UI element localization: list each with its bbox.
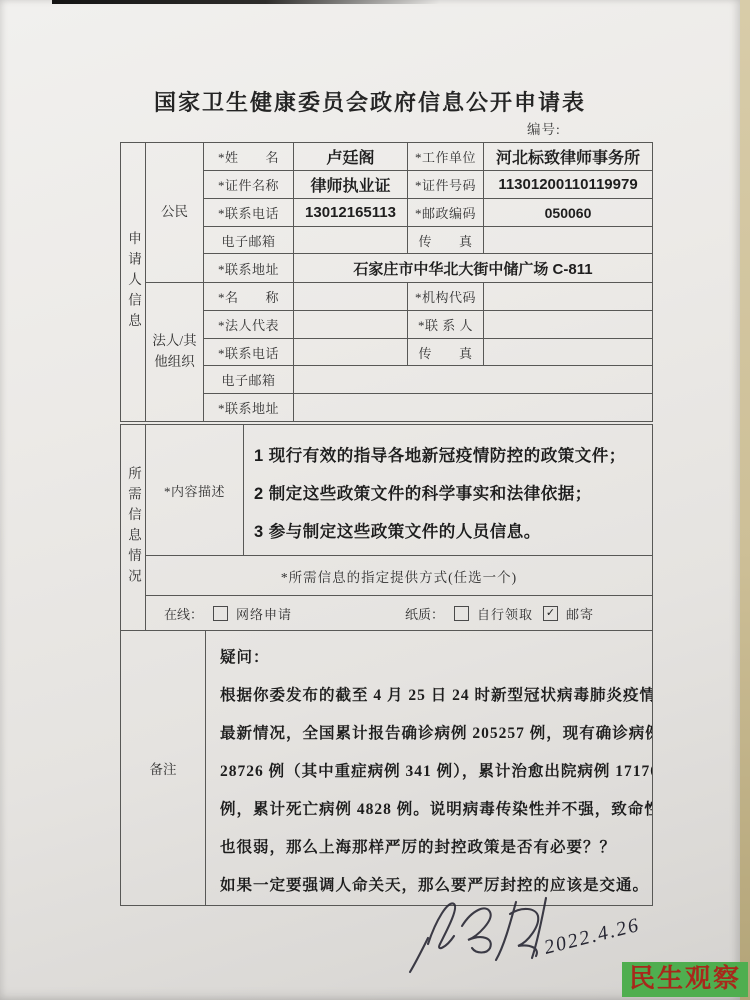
address-value: 石家庄市中华北大街中储广场 C-811 bbox=[294, 254, 653, 283]
online-choice: 在线： 网络申请 bbox=[164, 604, 292, 623]
contact-person-label: *联 系 人 bbox=[408, 311, 484, 339]
remark-content: 疑问： 根据你委发布的截至 4 月 25 日 24 时新型冠状病毒肺炎疫情 最新… bbox=[206, 631, 653, 906]
work-unit-label: *工作单位 bbox=[408, 143, 484, 171]
legal-fax-value bbox=[484, 339, 653, 366]
photo-top-edge-shadow bbox=[52, 0, 440, 4]
legal-rep-value bbox=[294, 311, 408, 339]
legal-address-value bbox=[294, 394, 653, 422]
signature-scribble bbox=[410, 898, 546, 972]
legal-group-label: 法人/其他组织 bbox=[146, 283, 204, 422]
remark-table: 备注 疑问： 根据你委发布的截至 4 月 25 日 24 时新型冠状病毒肺炎疫情… bbox=[120, 630, 653, 906]
checkbox-mail-mark: ✓ bbox=[546, 606, 555, 619]
remark-line: 根据你委发布的截至 4 月 25 日 24 时新型冠状病毒肺炎疫情 bbox=[220, 677, 646, 715]
fax-label: 传 真 bbox=[408, 227, 484, 254]
remark-label: 备注 bbox=[121, 631, 206, 906]
signature-date: 2022.4.26 bbox=[542, 914, 642, 959]
checkbox-mail-icon: ✓ bbox=[543, 606, 558, 621]
remark-line: 最新情况，全国累计报告确诊病例 205257 例，现有确诊病例 bbox=[220, 715, 646, 753]
signature-block: 2022.4.26 bbox=[398, 888, 658, 978]
watermark-badge: 民生观察 bbox=[622, 962, 748, 997]
legal-name-label: *名 称 bbox=[204, 283, 294, 311]
content-desc-line: 1 现行有效的指导各地新冠疫情防控的政策文件； bbox=[254, 437, 646, 475]
phone-value: 13012165113 bbox=[294, 199, 408, 227]
postal-code-label: *邮政编码 bbox=[408, 199, 484, 227]
legal-name-value bbox=[294, 283, 408, 311]
org-code-value bbox=[484, 283, 653, 311]
applicant-info-table: 申请人信息 公民 *姓 名 卢廷阁 *工作单位 河北标致律师事务所 *证件名称 … bbox=[120, 142, 653, 422]
self-pickup-label: 自行领取 bbox=[477, 604, 533, 623]
mail-label: 邮寄 bbox=[566, 604, 594, 623]
paper-choice: 纸质： 自行领取 ✓ 邮寄 bbox=[405, 604, 594, 623]
checkbox-network-apply-icon bbox=[213, 606, 228, 621]
phone-label: *联系电话 bbox=[204, 199, 294, 227]
needed-info-table: 所需信息情况 *内容描述 1 现行有效的指导各地新冠疫情防控的政策文件； 2 制… bbox=[120, 424, 653, 631]
network-apply-label: 网络申请 bbox=[236, 604, 292, 623]
delivery-method-header: *所需信息的指定提供方式(任选一个) bbox=[146, 556, 653, 596]
legal-phone-label: *联系电话 bbox=[204, 339, 294, 366]
content-desc-line: 3 参与制定这些政策文件的人员信息。 bbox=[254, 513, 646, 551]
online-label: 在线： bbox=[164, 604, 203, 623]
legal-email-label: 电子邮箱 bbox=[204, 366, 294, 394]
email-label: 电子邮箱 bbox=[204, 227, 294, 254]
contact-person-value bbox=[484, 311, 653, 339]
content-desc-label: *内容描述 bbox=[146, 425, 244, 556]
fax-value bbox=[484, 227, 653, 254]
id-number-label: *证件号码 bbox=[408, 171, 484, 199]
work-unit-value: 河北标致律师事务所 bbox=[484, 143, 653, 171]
paper-label: 纸质： bbox=[405, 604, 444, 623]
citizen-group-label: 公民 bbox=[146, 143, 204, 283]
org-code-label: *机构代码 bbox=[408, 283, 484, 311]
doc-number-label: 编号: bbox=[527, 118, 561, 138]
remark-line: 也很弱，那么上海那样严厉的封控政策是否有必要？？ bbox=[220, 829, 646, 867]
legal-email-value bbox=[294, 366, 653, 394]
name-value: 卢廷阁 bbox=[294, 143, 408, 171]
id-name-value: 律师执业证 bbox=[294, 171, 408, 199]
page-title: 国家卫生健康委员会政府信息公开申请表 bbox=[0, 86, 740, 117]
delivery-choice-cell: 在线： 网络申请 纸质： 自行领取 ✓ 邮寄 bbox=[146, 596, 653, 631]
legal-rep-label: *法人代表 bbox=[204, 311, 294, 339]
checkbox-self-pickup-icon bbox=[454, 606, 469, 621]
delivery-choice-row: 在线： 网络申请 纸质： 自行领取 ✓ 邮寄 bbox=[146, 604, 652, 623]
legal-phone-value bbox=[294, 339, 408, 366]
email-value bbox=[294, 227, 408, 254]
needed-info-section-label: 所需信息情况 bbox=[121, 425, 146, 631]
remark-line: 28726 例（其中重症病例 341 例），累计治愈出院病例 171703 bbox=[220, 753, 646, 791]
postal-code-value: 050060 bbox=[484, 199, 653, 227]
remark-line: 例，累计死亡病例 4828 例。说明病毒传染性并不强，致命性 bbox=[220, 791, 646, 829]
content-desc-cell: 1 现行有效的指导各地新冠疫情防控的政策文件； 2 制定这些政策文件的科学事实和… bbox=[244, 425, 653, 556]
name-label: *姓 名 bbox=[204, 143, 294, 171]
legal-fax-label: 传 真 bbox=[408, 339, 484, 366]
content-desc-line: 2 制定这些政策文件的科学事实和法律依据； bbox=[254, 475, 646, 513]
id-name-label: *证件名称 bbox=[204, 171, 294, 199]
remark-line: 疑问： bbox=[220, 639, 646, 677]
applicant-section-label: 申请人信息 bbox=[121, 143, 146, 422]
id-number-value: 11301200110119979 bbox=[484, 171, 653, 199]
address-label: *联系地址 bbox=[204, 254, 294, 283]
legal-address-label: *联系地址 bbox=[204, 394, 294, 422]
